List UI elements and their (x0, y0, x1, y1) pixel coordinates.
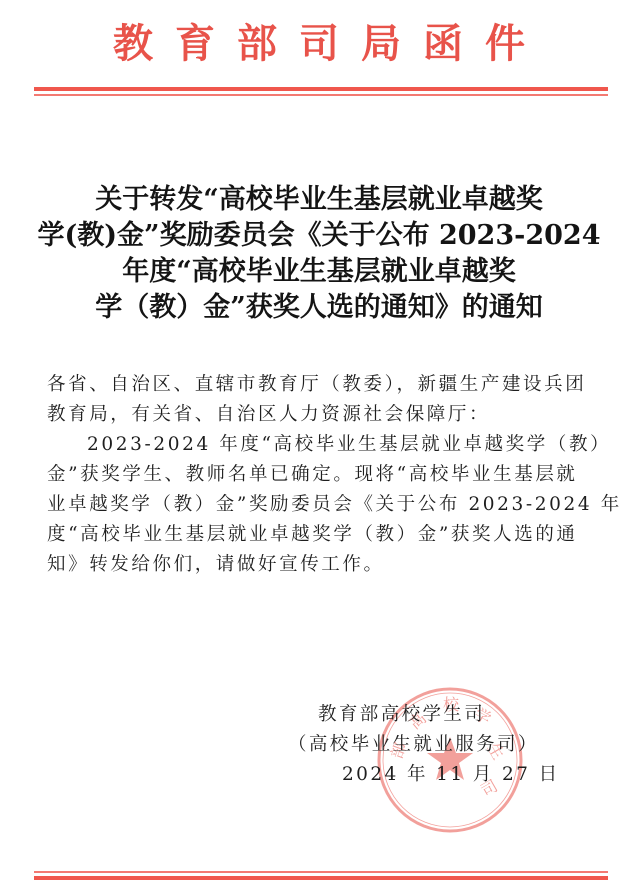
title-line-4: 学（教）金”获奖人选的通知》的通知 (0, 290, 638, 326)
footer-rule-thin (34, 871, 608, 873)
issuer-alt-name: （高校毕业生就业服务司） (288, 730, 600, 760)
addressee-line-2: 教育局，有关省、自治区人力资源社会保障厅： (47, 400, 595, 430)
document-title: 关于转发“高校毕业生基层就业卓越奖 学(教)金”奖励委员会《关于公布 2023-… (0, 182, 638, 326)
footer-rule-thick (34, 876, 608, 880)
paragraph-line-2: 金”获奖学生、教师名单已确定。现将“高校毕业生基层就 (47, 460, 595, 490)
header-rule-thin (34, 94, 608, 96)
title-line-1: 关于转发“高校毕业生基层就业卓越奖 (0, 182, 638, 218)
paragraph-line-4: 度“高校毕业生基层就业卓越奖学（教）金”获奖人选的通 (47, 520, 595, 550)
document-body: 各省、自治区、直辖市教育厅（教委），新疆生产建设兵团 教育局，有关省、自治区人力… (47, 370, 595, 580)
paragraph-line-1: 2023-2024 年度“高校毕业生基层就业卓越奖学（教） (47, 430, 595, 460)
addressee-line-1: 各省、自治区、直辖市教育厅（教委），新疆生产建设兵团 (47, 370, 595, 400)
header-rule-thick (34, 87, 608, 91)
issue-date: 2024 年 11 月 27 日 (300, 760, 600, 790)
signature-block: 教育部高校学生司 （高校毕业生就业服务司） 2024 年 11 月 27 日 (300, 700, 600, 790)
paragraph-line-3: 业卓越奖学（教）金”奖励委员会《关于公布 2023-2024 年 (47, 490, 595, 520)
paragraph-line-5: 知》转发给你们，请做好宣传工作。 (47, 550, 595, 580)
title-line-3: 年度“高校毕业生基层就业卓越奖 (0, 254, 638, 290)
masthead-title: 教育部司局函件 (0, 14, 638, 74)
issuer-name: 教育部高校学生司 (300, 700, 600, 730)
title-line-2: 学(教)金”奖励委员会《关于公布 2023-2024 (0, 218, 638, 254)
